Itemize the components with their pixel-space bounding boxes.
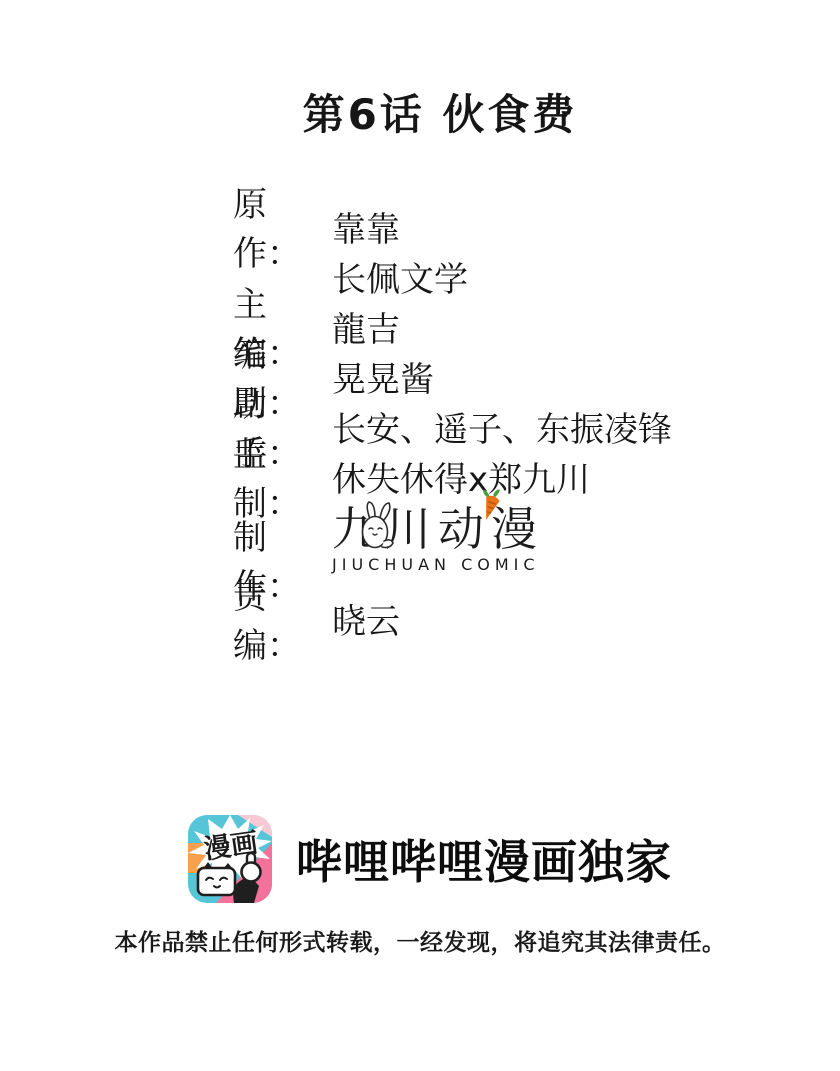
credit-value: 长佩文学	[332, 252, 468, 301]
bilibili-exclusive-text: 哔哩哔哩漫画独家	[296, 826, 672, 892]
credit-value: 长安、遥子、东振凌锋	[332, 402, 672, 451]
credit-label: 责编：	[233, 569, 332, 667]
jiuchuan-logo-latin-text: JIUCHUAN COMIC	[332, 555, 544, 574]
comic-credits-page: 第6话 伙食费 原作： 靠靠 长佩文学 主笔： 龍吉 编剧： 晃晃酱 助手： 长…	[0, 0, 840, 1071]
credit-value: 龍吉	[332, 302, 400, 351]
credits-block: 原作： 靠靠 长佩文学 主笔： 龍吉 编剧： 晃晃酱 助手： 长安、遥子、东振凌…	[233, 201, 793, 643]
credit-row-original-author: 原作： 靠靠	[233, 201, 793, 251]
tv-face-icon	[198, 862, 235, 895]
credit-row-editor: 责编： 晓云	[233, 593, 793, 643]
jiuchuan-logo-wordmark: 九川动漫	[332, 501, 544, 557]
credit-value: 晓云	[332, 594, 400, 643]
episode-title: 第6话 伙食费	[0, 82, 840, 142]
credit-row-supervisors: 监制： 休失休得x郑九川	[233, 451, 793, 501]
copyright-disclaimer: 本作品禁止任何形式转载，一经发现，将追究其法律责任。	[0, 924, 840, 957]
publisher-block: 漫画	[188, 815, 672, 903]
credit-value: 晃晃酱	[332, 352, 434, 401]
jiuchuan-comic-logo: 九川动漫	[332, 501, 544, 574]
credit-label: 原作：	[233, 177, 332, 275]
bilibili-comics-app-icon: 漫画	[188, 815, 272, 903]
carrot-icon	[478, 487, 506, 527]
rabbit-icon	[356, 499, 400, 555]
credit-value: 休失休得x郑九川	[332, 452, 590, 501]
credit-value: 靠靠	[332, 202, 400, 251]
